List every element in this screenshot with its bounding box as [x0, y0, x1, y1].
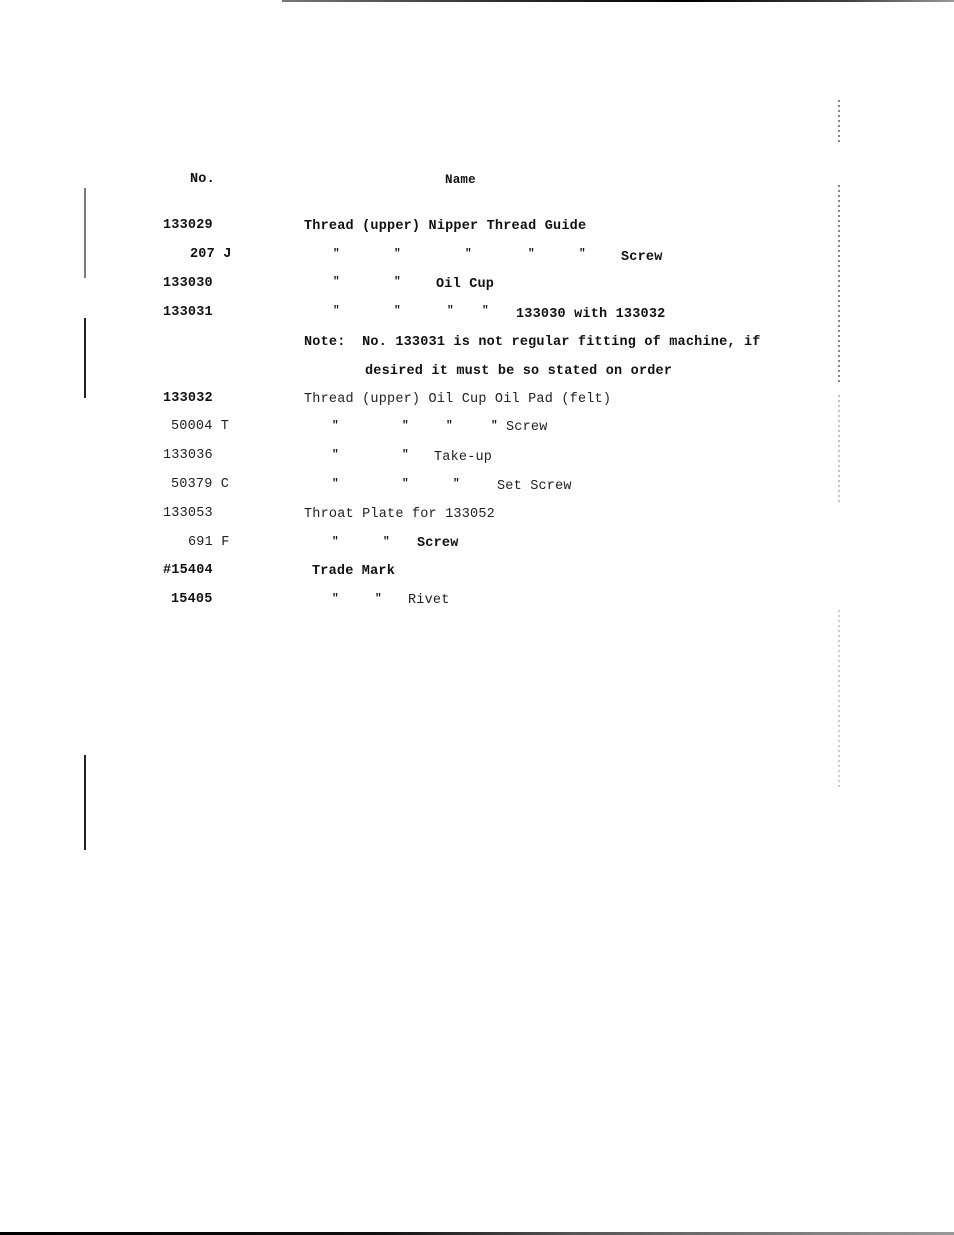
scan-edge-mark: [838, 395, 840, 505]
note-line-1: Note: No. 133031 is not regular fitting …: [304, 335, 761, 351]
ditto-mark: ": [394, 275, 401, 289]
part-name: Screw: [621, 250, 663, 266]
part-number: 133053: [163, 506, 213, 522]
part-name: 133030 with 133032: [516, 307, 665, 323]
ditto-mark: ": [402, 419, 409, 433]
part-name: Screw: [417, 536, 459, 552]
ditto-mark: ": [446, 419, 453, 433]
part-name: Take-up: [434, 450, 492, 466]
scan-top-border: [282, 0, 954, 2]
ditto-mark: ": [333, 275, 340, 289]
part-number: 133036: [163, 448, 213, 464]
scan-edge-mark: [838, 100, 840, 145]
scan-edge-mark: [84, 755, 86, 850]
ditto-mark: ": [402, 448, 409, 462]
scan-edge-mark: [84, 318, 86, 398]
part-number: 133031: [163, 305, 213, 321]
part-number: 50004 T: [171, 419, 229, 435]
scanned-page: No. Name 133029 Thread (upper) Nipper Th…: [0, 0, 954, 1235]
ditto-mark: ": [579, 247, 586, 261]
part-name: Thread (upper) Oil Cup Oil Pad (felt): [304, 392, 611, 408]
part-name: Rivet: [408, 593, 450, 609]
part-name: Thread (upper) Nipper Thread Guide: [304, 219, 586, 235]
scan-edge-mark: [838, 610, 840, 790]
column-header-no: No.: [190, 172, 215, 188]
ditto-mark: ": [333, 247, 340, 261]
part-number: 50379 C: [171, 477, 229, 493]
part-number: 133032: [163, 391, 213, 407]
part-number: 207 J: [190, 247, 232, 263]
ditto-mark: ": [332, 535, 339, 549]
ditto-mark: ": [447, 304, 454, 318]
part-name: Throat Plate for 133052: [304, 507, 495, 523]
part-name: Set Screw: [497, 479, 572, 495]
ditto-mark: ": [528, 247, 535, 261]
scan-edge-mark: [84, 188, 86, 278]
ditto-mark: ": [394, 247, 401, 261]
ditto-mark: ": [383, 535, 390, 549]
ditto-mark: ": [332, 419, 339, 433]
ditto-mark: ": [482, 304, 489, 318]
ditto-mark: ": [402, 477, 409, 491]
column-header-name: Name: [445, 172, 476, 188]
part-number: 691 F: [188, 535, 230, 551]
part-number: #15404: [163, 563, 213, 579]
part-number: 133029: [163, 218, 213, 234]
part-name: Trade Mark: [312, 564, 395, 580]
scan-edge-mark: [838, 185, 840, 385]
ditto-mark: ": [465, 247, 472, 261]
ditto-mark: ": [332, 477, 339, 491]
part-number: 133030: [163, 276, 213, 292]
ditto-mark: ": [491, 419, 498, 433]
part-name: Screw: [506, 420, 548, 436]
ditto-mark: ": [332, 592, 339, 606]
ditto-mark: ": [394, 304, 401, 318]
ditto-mark: ": [375, 592, 382, 606]
ditto-mark: ": [332, 448, 339, 462]
part-number: 15405: [171, 592, 213, 608]
note-line-2: desired it must be so stated on order: [365, 364, 672, 380]
part-name: Oil Cup: [436, 277, 494, 293]
ditto-mark: ": [333, 304, 340, 318]
ditto-mark: ": [453, 477, 460, 491]
